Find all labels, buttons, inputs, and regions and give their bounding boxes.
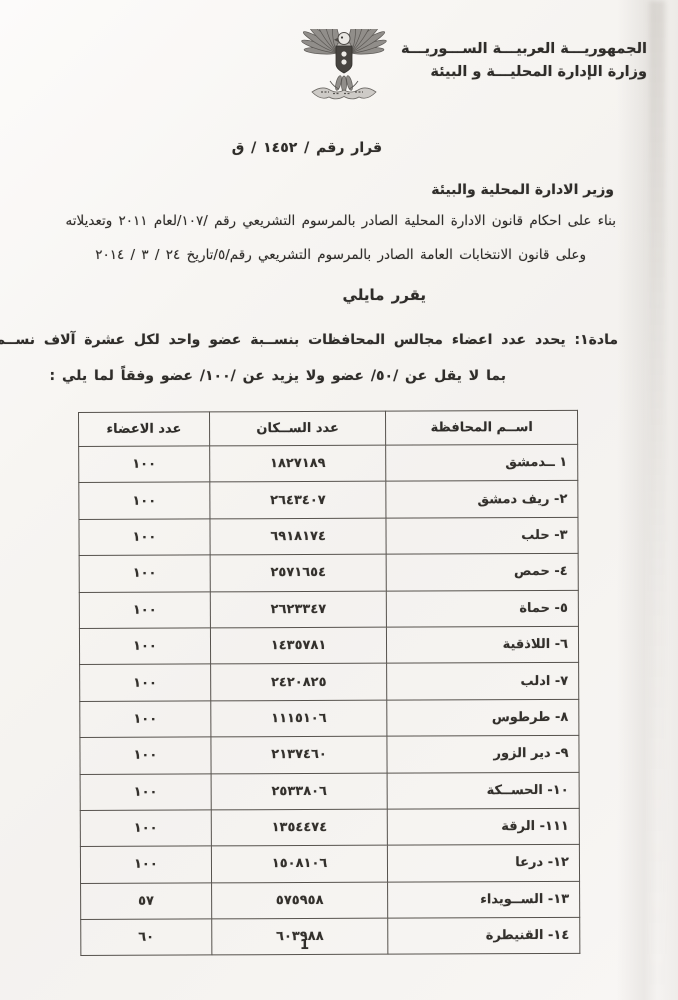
cell-name: ١٠- الحســكة: [387, 772, 579, 809]
decision-heading: يقرر مايلي: [343, 286, 426, 304]
cell-mem: ١٠٠: [79, 555, 210, 592]
cell-mem: ١٠٠: [79, 519, 210, 556]
cell-pop: ١٤٣٥٧٨١: [210, 627, 387, 664]
country-title: الجمهوريـــة العربيـــة الســـوريـــة: [401, 38, 647, 61]
table-row: ١٢- درعا١٥٠٨١٠٦١٠٠: [80, 845, 579, 884]
table-row: ٩- دير الزور٢١٣٧٤٦٠١٠٠: [80, 735, 579, 774]
table-header-row: اســم المحافظة عدد الســكان عدد الاعضاء: [79, 410, 578, 446]
table-row: ٣- حلب٦٩١٨١٧٤١٠٠: [79, 517, 578, 556]
cell-pop: ١٨٢٧١٨٩: [209, 445, 386, 482]
governorates-table: اســم المحافظة عدد الســكان عدد الاعضاء …: [78, 410, 580, 957]
cell-pop: ١٣٥٤٤٧٤: [211, 809, 388, 846]
table-row: ١ ــدمشق١٨٢٧١٨٩١٠٠: [79, 444, 578, 483]
scan-edge-shadow: [649, 0, 665, 1000]
cell-mem: ١٠٠: [80, 737, 211, 774]
premise-line-2: وعلى قانون الانتخابات العامة الصادر بالم…: [95, 247, 586, 263]
cell-pop: ٢٦٢٣٣٤٧: [210, 591, 387, 628]
cell-name: ٤- حمص: [386, 553, 578, 590]
cell-mem: ١٠٠: [79, 591, 210, 628]
column-header-members-count: عدد الاعضاء: [79, 412, 210, 447]
cell-name: ٩- دير الزور: [387, 735, 579, 772]
table-row: ٦- اللاذقية١٤٣٥٧٨١١٠٠: [79, 626, 578, 665]
cell-mem: ١٠٠: [79, 446, 210, 483]
cell-pop: ٢٥٣٣٨٠٦: [211, 773, 388, 810]
scanned-decree-page: الجمهوريـــة العربيـــة الســـوريـــة وز…: [0, 0, 678, 1000]
ministry-title: وزارة الإدارة المحليـــة و البيئة: [401, 61, 647, 84]
cell-name: ١٣- الســويداء: [388, 881, 580, 918]
cell-pop: ٢٤٢٠٨٢٥: [210, 663, 387, 700]
cell-name: ٨- طرطوس: [387, 699, 579, 736]
cell-name: ١٢- درعا: [388, 845, 580, 882]
cell-mem: ١٠٠: [80, 773, 211, 810]
cell-name: ٣- حلب: [386, 517, 578, 554]
column-header-governorate-name: اســم المحافظة: [386, 410, 578, 445]
cell-name: ١١١- الرقة: [388, 808, 580, 845]
cell-name: ٧- ادلب: [387, 663, 579, 700]
cell-mem: ١٠٠: [80, 701, 211, 738]
cell-mem: ٥٧: [81, 883, 212, 920]
cell-name: ٦- اللاذقية: [387, 626, 579, 663]
cell-mem: ٦٠: [81, 919, 212, 956]
column-header-population: عدد الســكان: [209, 411, 386, 446]
table-row: ٢- ريف دمشق٢٦٤٣٤٠٧١٠٠: [79, 481, 578, 520]
table-row: ١٠- الحســكة٢٥٣٣٨٠٦١٠٠: [80, 772, 579, 811]
table-row: ١٣- الســويداء٥٧٥٩٥٨٥٧: [81, 881, 580, 920]
cell-mem: ١٠٠: [80, 810, 211, 847]
cell-pop: ٢٦٤٣٤٠٧: [210, 482, 387, 519]
cell-pop: ١٥٠٨١٠٦: [211, 845, 388, 882]
cell-pop: ٢٥٧١٦٥٤: [210, 554, 387, 591]
table-row: ٧- ادلب٢٤٢٠٨٢٥١٠٠: [80, 663, 579, 702]
cell-pop: ٦٩١٨١٧٤: [210, 518, 387, 555]
article-1-line-2: بما لا يقل عن /٥٠/ عضو ولا يزيد عن /١٠٠/…: [50, 368, 506, 384]
table-row: ٨- طرطوس١١١٥١٠٦١٠٠: [80, 699, 579, 738]
table-row: ٥- حماة٢٦٢٣٣٤٧١٠٠: [79, 590, 578, 629]
table-row: ١١١- الرقة١٣٥٤٤٧٤١٠٠: [80, 808, 579, 847]
minister-heading: وزير الادارة المحلية والبيئة: [431, 182, 614, 198]
decree-number-line: قرار رقم / ١٤٥٢ / ق: [232, 140, 382, 156]
cell-name: ٥- حماة: [387, 590, 579, 627]
table-body: ١ ــدمشق١٨٢٧١٨٩١٠٠٢- ريف دمشق٢٦٤٣٤٠٧١٠٠٣…: [79, 444, 580, 956]
table-row: ١٤- القنيطرة٦٠٣٩٨٨٦٠: [81, 917, 580, 956]
cell-name: ٢- ريف دمشق: [386, 481, 578, 518]
cell-pop: ٥٧٥٩٥٨: [211, 882, 388, 919]
letterhead: الجمهوريـــة العربيـــة الســـوريـــة وز…: [401, 38, 647, 84]
page-number: 1: [300, 938, 309, 953]
cell-mem: ١٠٠: [79, 482, 210, 519]
cell-name: ١٤- القنيطرة: [388, 917, 580, 954]
article-1-line-1: مادة١: يحدد عدد اعضاء مجالس المحافظات بن…: [0, 332, 618, 348]
cell-pop: ١١١٥١٠٦: [211, 700, 388, 737]
cell-pop: ٢١٣٧٤٦٠: [211, 736, 388, 773]
table-row: ٤- حمص٢٥٧١٦٥٤١٠٠: [79, 553, 578, 592]
cell-mem: ١٠٠: [79, 628, 210, 665]
cell-mem: ١٠٠: [80, 664, 211, 701]
syria-coat-of-arms-icon: [297, 29, 391, 113]
cell-name: ١ ــدمشق: [386, 444, 578, 481]
premise-line-1: بناء على احكام قانون الادارة المحلية الص…: [66, 213, 616, 229]
cell-mem: ١٠٠: [80, 846, 211, 883]
